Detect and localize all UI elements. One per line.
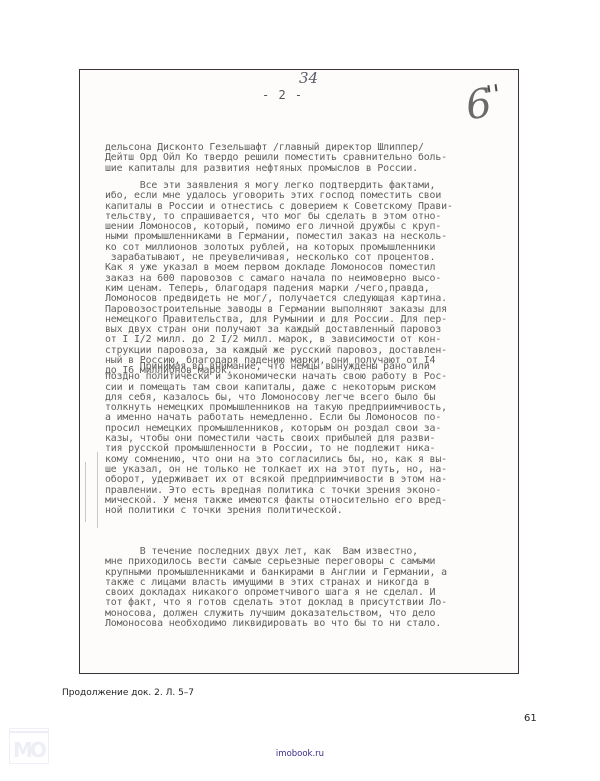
typed-page-marker: - 2 -: [262, 88, 303, 102]
margin-pencil-mark: [85, 462, 86, 522]
publisher-logo-watermark: МО: [9, 728, 49, 764]
typed-paragraph: Принимая во внимание, что немцы вынужден…: [105, 362, 505, 516]
handwritten-folio-number: 6'': [463, 82, 504, 127]
logo-text: МО: [13, 738, 44, 762]
handwritten-sheet-number: 34: [299, 69, 318, 87]
logo-bar: [10, 731, 48, 733]
typed-line: ной политики с точки зрения политической…: [105, 506, 505, 516]
site-link[interactable]: imobook.ru: [240, 749, 360, 759]
typed-line: шие капиталы для развития нефтяных промы…: [105, 164, 505, 174]
margin-pencil-mark: [97, 452, 98, 528]
page-number: 61: [524, 713, 537, 724]
typed-paragraph: В течение последних двух лет, как Вам из…: [105, 547, 505, 629]
typed-paragraph: Все эти заявления я могу легко подтверди…: [105, 181, 505, 377]
typed-line: Ломоносова необходимо ликвидировать во ч…: [105, 619, 505, 629]
typed-paragraph: дельсона Дисконто Гезельшафт /главный ди…: [105, 143, 505, 174]
figure-caption: Продолжение док. 2. Л. 5–7: [62, 688, 194, 698]
